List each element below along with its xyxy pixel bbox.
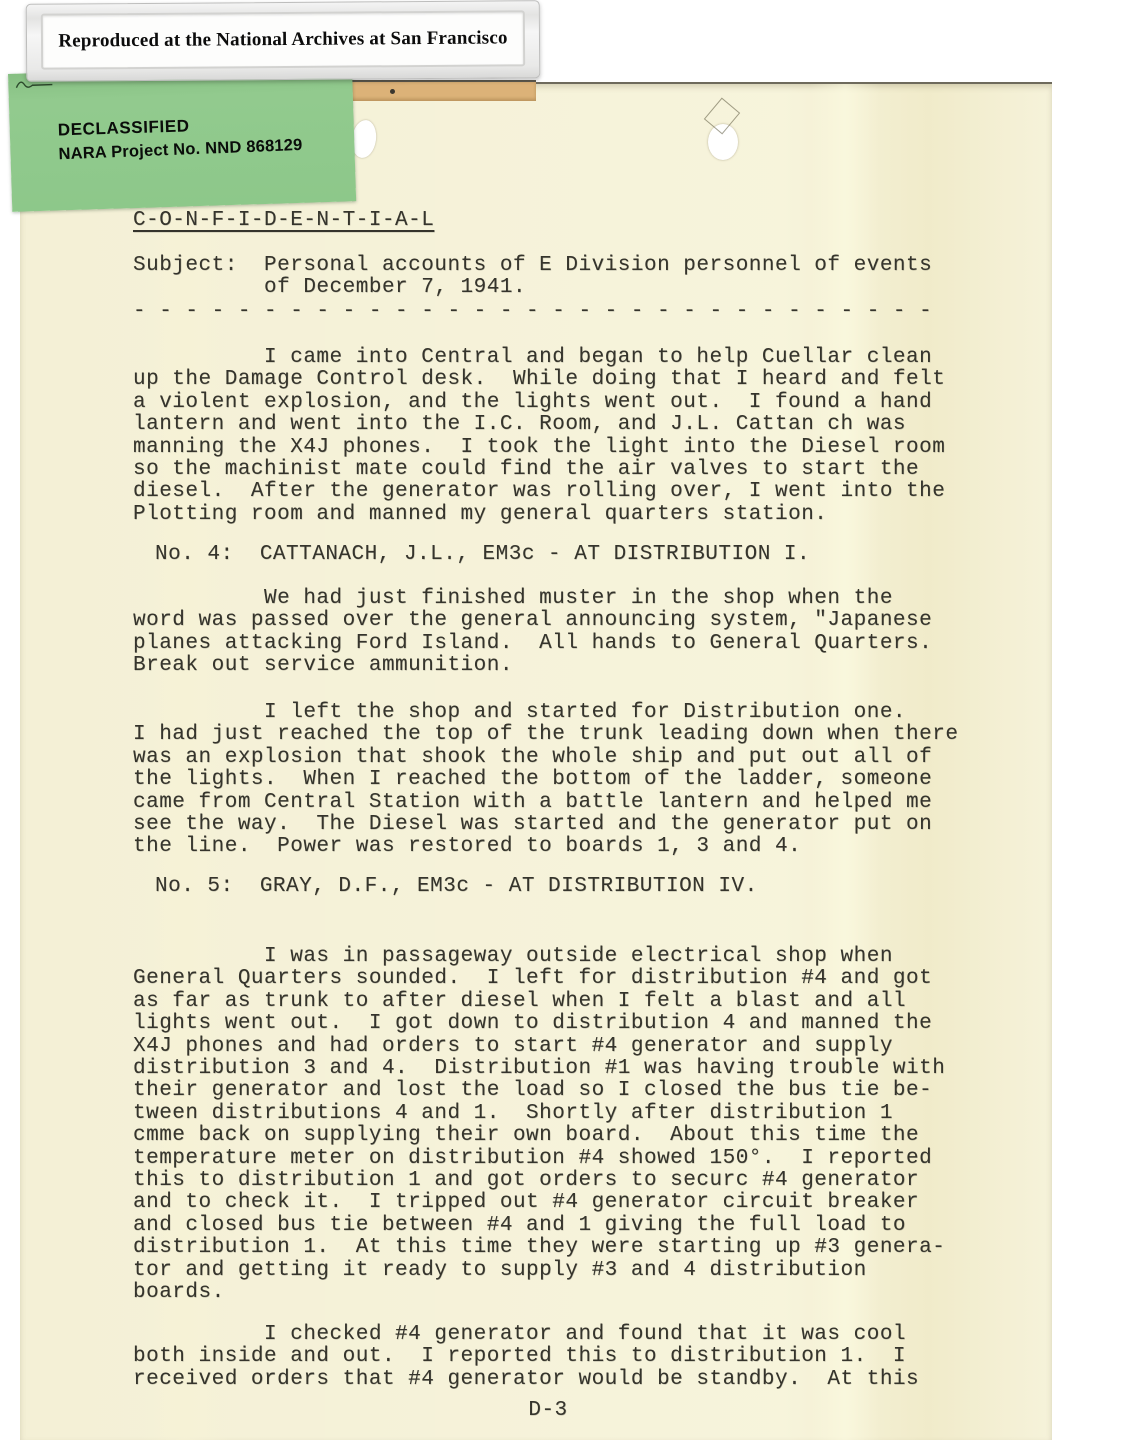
declassified-title: DECLASSIFIED [57,113,302,141]
account-paragraph-3: I left the shop and started for Distribu… [133,702,958,859]
punch-hole [708,124,738,160]
declassified-project-number: NARA Project No. NND 868129 [58,136,303,164]
scan-background: DECLASSIFIED NARA Project No. NND 868129… [0,0,1122,1452]
account-paragraph-5: I checked #4 generator and found that it… [133,1324,919,1391]
account-paragraph-2: We had just finished muster in the shop … [133,588,932,678]
section-heading-no5: No. 5: GRAY, D.F., EM3c - AT DISTRIBUTIO… [155,876,758,898]
archives-label-plate: Reproduced at the National Archives at S… [41,10,525,69]
declassified-stamp-text: DECLASSIFIED NARA Project No. NND 868129 [57,113,302,164]
section-heading-no4: No. 4: CATTANACH, J.L., EM3c - AT DISTRI… [155,544,810,566]
page-number-footer: D-3 [133,1400,963,1422]
archives-label-text: Reproduced at the National Archives at S… [58,27,507,52]
subject-line: Subject: Personal accounts of E Division… [133,255,932,300]
archives-label-holder: Reproduced at the National Archives at S… [26,0,541,82]
folder-edge-strip [348,80,536,101]
classification-heading: C-O-N-F-I-D-E-N-T-I-A-L [133,210,434,232]
declassified-sticker: DECLASSIFIED NARA Project No. NND 868129 [8,63,356,212]
account-paragraph-1: I came into Central and began to help Cu… [133,347,945,526]
account-paragraph-4: I was in passageway outside electrical s… [133,946,945,1305]
ink-speck [390,89,395,94]
dashed-separator: - - - - - - - - - - - - - - - - - - - - … [133,301,932,323]
